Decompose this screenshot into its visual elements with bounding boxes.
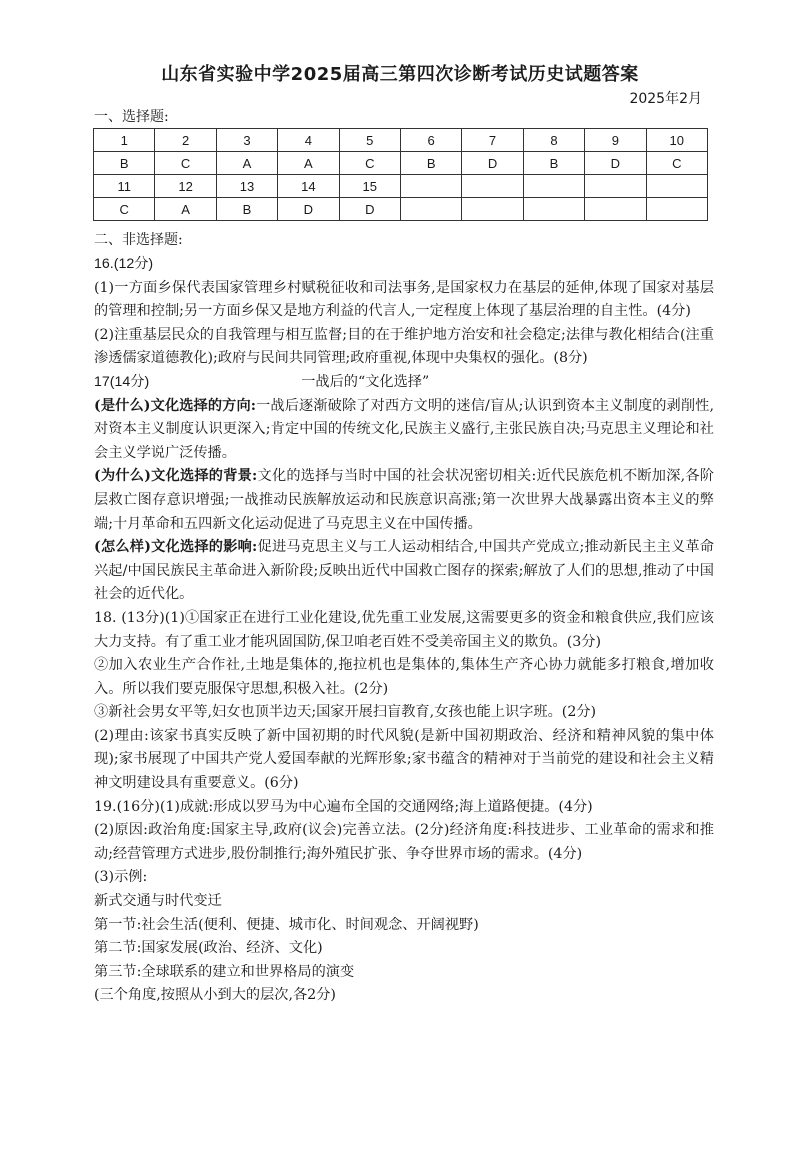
q19-scoring-note: (三个角度,按照从小到大的层次,各2分) [94,984,714,1008]
q17-topic: 一战后的“文化选择” [301,371,429,395]
q19-part1: 19.(16分)(1)成就:形成以罗马为中心遍布全国的交通网络;海上道路便捷。(… [94,796,714,820]
q18-part1-item1: 18. (13分)(1)①国家正在进行工业化建设,优先重工业发展,这需要更多的资… [94,607,714,654]
question-number-cell: 1 [94,129,155,152]
answer-cell: C [94,198,155,221]
answer-cell: B [400,152,461,175]
answer-cell: C [646,152,707,175]
question-number-cell: 6 [400,129,461,152]
question-number-cell [646,175,707,198]
answer-cell: A [216,152,277,175]
q19-section-1: 第一节:社会生活(便利、便捷、城市化、时间观念、开阔视野) [94,914,714,938]
q19-part2: (2)原因:政治角度:国家主导,政府(议会)完善立法。(2分)经济角度:科技进步… [94,819,714,866]
question-number-row: 12345678910 [94,129,708,152]
question-number-cell: 15 [339,175,400,198]
q18-part1-item3: ③新社会男女平等,妇女也顶半边天;国家开展扫盲教育,女孩也能上识字班。(2分) [94,701,714,725]
document-title: 山东省实验中学2025届高三第四次诊断考试历史试题答案 [0,60,800,86]
answer-cell: C [155,152,216,175]
q18-part1-item2: ②加入农业生产合作社,土地是集体的,拖拉机也是集体的,集体生产齐心协力就能多打粮… [94,654,714,701]
answer-cell: C [339,152,400,175]
answer-cell [646,198,707,221]
question-number-cell: 8 [523,129,584,152]
q16-part2: (2)注重基层民众的自我管理与相互监督;目的在于维护地方治安和社会稳定;法律与教… [94,324,714,371]
question-number-cell: 9 [585,129,646,152]
question-number-cell [462,175,523,198]
question-number-cell [585,175,646,198]
q17-why: (为什么)文化选择的背景:文化的选择与当时中国的社会状况密切相关:近代民族危机不… [94,465,714,536]
answer-cell: D [339,198,400,221]
q17-header: 17(14分) [94,371,149,395]
question-number-row: 1112131415 [94,175,708,198]
answer-cell [462,198,523,221]
section-heading-multiple-choice: 一、选择题: [94,106,169,126]
q19-part3-label: (3)示例: [94,866,714,890]
answer-cell [585,198,646,221]
question-number-cell: 7 [462,129,523,152]
question-number-cell [523,175,584,198]
question-number-cell: 2 [155,129,216,152]
answer-cell: B [216,198,277,221]
question-number-cell: 13 [216,175,277,198]
question-number-cell: 12 [155,175,216,198]
answers-body: 16.(12分) (1)一方面乡保代表国家管理乡村赋税征收和司法事务,是国家权力… [94,253,714,1008]
section-heading-non-choice: 二、非选择题: [94,229,183,249]
q17-how-label: (怎么样)文化选择的影响: [94,539,257,555]
question-number-cell [400,175,461,198]
q19-section-2: 第二节:国家发展(政治、经济、文化) [94,937,714,961]
answer-cell: A [278,152,339,175]
q16-header: 16.(12分) [94,253,714,277]
q19-example-title: 新式交通与时代变迁 [94,890,714,914]
question-number-cell: 4 [278,129,339,152]
q17-how: (怎么样)文化选择的影响:促进马克思主义与工人运动相结合,中国共产党成立;推动新… [94,536,714,607]
answer-row: CABDD [94,198,708,221]
answer-cell: D [585,152,646,175]
answer-cell [523,198,584,221]
q17-what: (是什么)文化选择的方向:一战后逐渐破除了对西方文明的迷信/盲从;认识到资本主义… [94,395,714,466]
answer-key-page: 山东省实验中学2025届高三第四次诊断考试历史试题答案 2025年2月 一、选择… [0,0,800,1169]
answer-cell: B [523,152,584,175]
q17-what-label: (是什么)文化选择的方向: [94,398,256,414]
answer-cell [400,198,461,221]
question-number-cell: 11 [94,175,155,198]
q16-part1: (1)一方面乡保代表国家管理乡村赋税征收和司法事务,是国家权力在基层的延伸,体现… [94,277,714,324]
q17-header-row: 17(14分) 一战后的“文化选择” [94,371,714,395]
question-number-cell: 3 [216,129,277,152]
answer-cell: D [278,198,339,221]
question-number-cell: 14 [278,175,339,198]
answer-row: BCAACBDBDC [94,152,708,175]
answer-table: 12345678910BCAACBDBDC1112131415CABDD [93,128,708,221]
q18-part2: (2)理由:该家书真实反映了新中国初期的时代风貌(是新中国初期政治、经济和精神风… [94,725,714,796]
answer-cell: D [462,152,523,175]
q19-section-3: 第三节:全球联系的建立和世界格局的演变 [94,961,714,985]
document-date: 2025年2月 [629,88,702,108]
answer-cell: A [155,198,216,221]
question-number-cell: 10 [646,129,707,152]
answer-cell: B [94,152,155,175]
q17-why-label: (为什么)文化选择的背景: [94,468,257,484]
question-number-cell: 5 [339,129,400,152]
